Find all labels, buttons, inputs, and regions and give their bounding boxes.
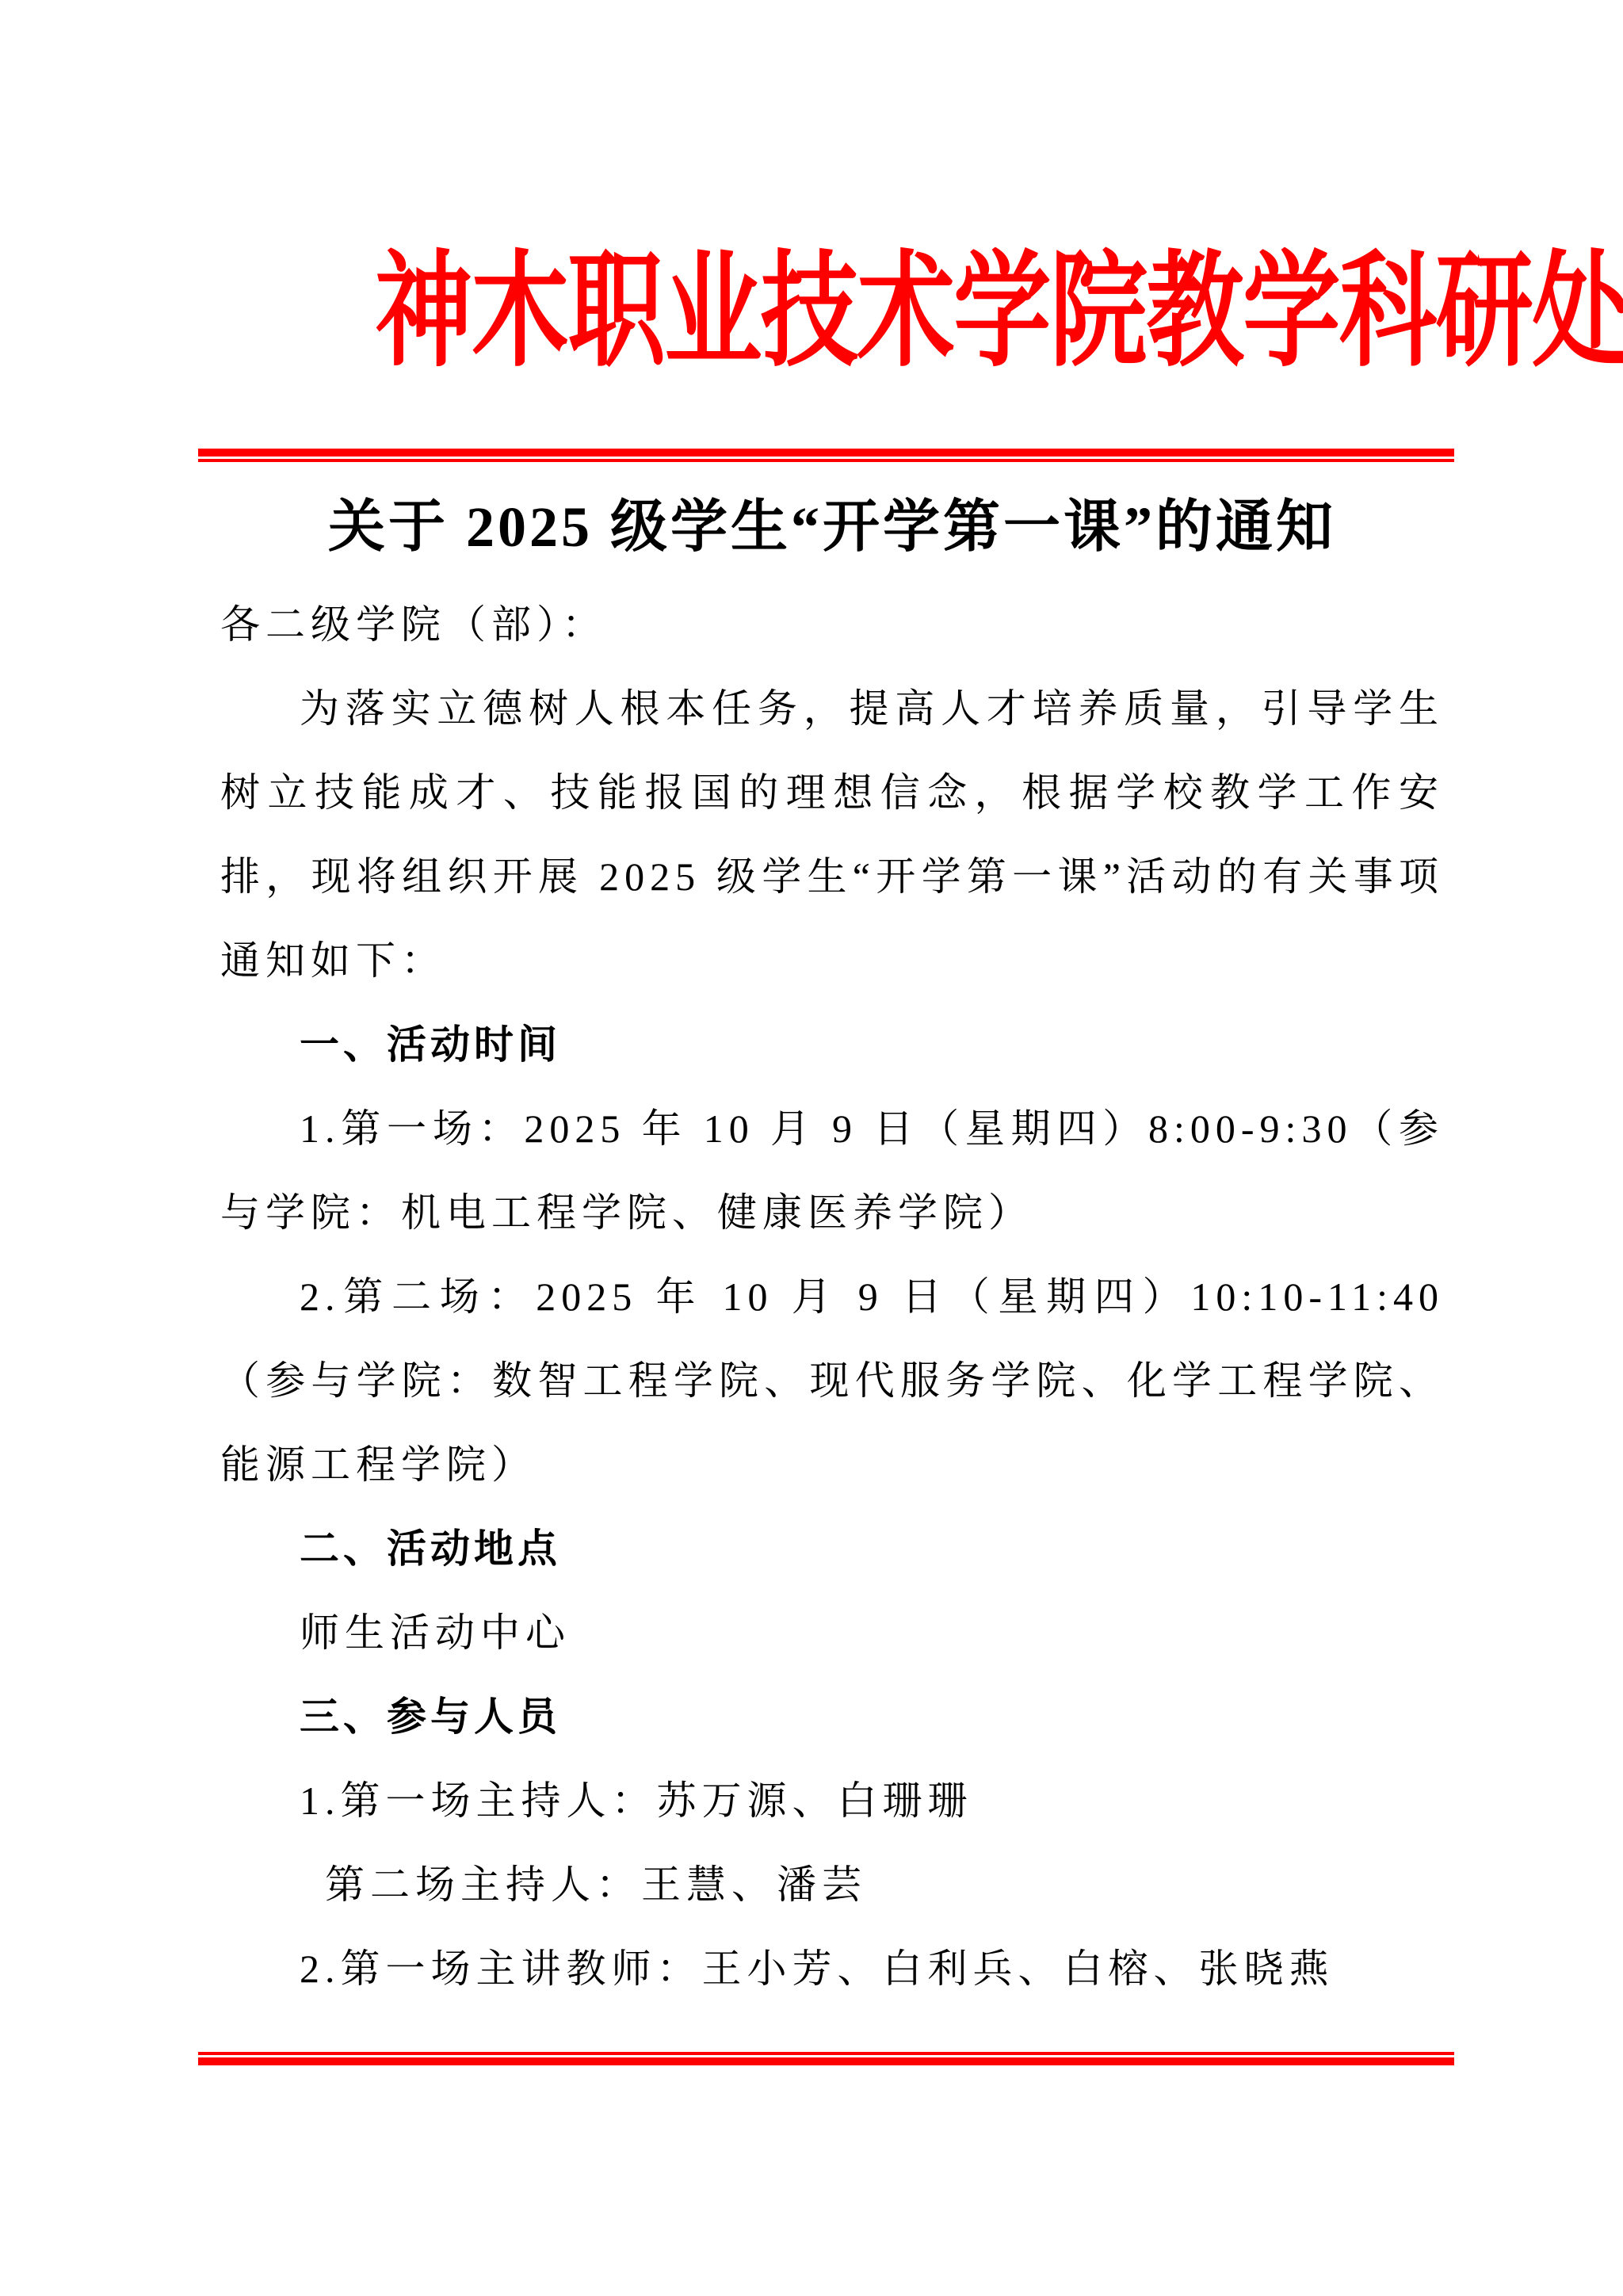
footer-divider-thin-line: [198, 2052, 1454, 2055]
section-heading-participants: 三、参与人员: [220, 1675, 1444, 1759]
notice-body: 各二级学院（部）： 为落实立德树人根本任务，提高人才培养质量，引导学生树立技能成…: [220, 583, 1444, 2011]
header-divider: [198, 449, 1454, 462]
document-page: 神木职业技术学院教学科研处 关于 2025 级学生“开学第一课”的通知 各二级学…: [0, 0, 1623, 2296]
notice-title: 关于 2025 级学生“开学第一课”的通知: [220, 495, 1444, 559]
participants-item-3: 2.第一场主讲教师：王小芳、白利兵、白榕、张晓燕: [220, 1927, 1444, 2011]
salutation: 各二级学院（部）：: [220, 583, 1444, 667]
activity-time-item-1: 1.第一场：2025 年 10 月 9 日（星期四）8:00-9:30（参与学院…: [220, 1087, 1444, 1255]
masthead-title: 神木职业技术学院教学科研处: [375, 238, 1623, 388]
header-divider-thick-line: [198, 449, 1454, 457]
masthead: 神木职业技术学院教学科研处: [198, 238, 1454, 388]
participants-item-2: 第二场主持人：王慧、潘芸: [220, 1843, 1444, 1927]
participants-item-1: 1.第一场主持人：苏万源、白珊珊: [220, 1759, 1444, 1843]
activity-location-item: 师生活动中心: [220, 1591, 1444, 1675]
footer-divider: [198, 2052, 1454, 2065]
footer-divider-thick-line: [198, 2057, 1454, 2065]
activity-time-item-2: 2.第二场：2025 年 10 月 9 日（星期四）10:10-11:40（参与…: [220, 1255, 1444, 1507]
section-heading-activity-location: 二、活动地点: [220, 1507, 1444, 1591]
header-divider-thin-line: [198, 459, 1454, 462]
intro-paragraph: 为落实立德树人根本任务，提高人才培养质量，引导学生树立技能成才、技能报国的理想信…: [220, 667, 1444, 1003]
section-heading-activity-time: 一、活动时间: [220, 1003, 1444, 1087]
